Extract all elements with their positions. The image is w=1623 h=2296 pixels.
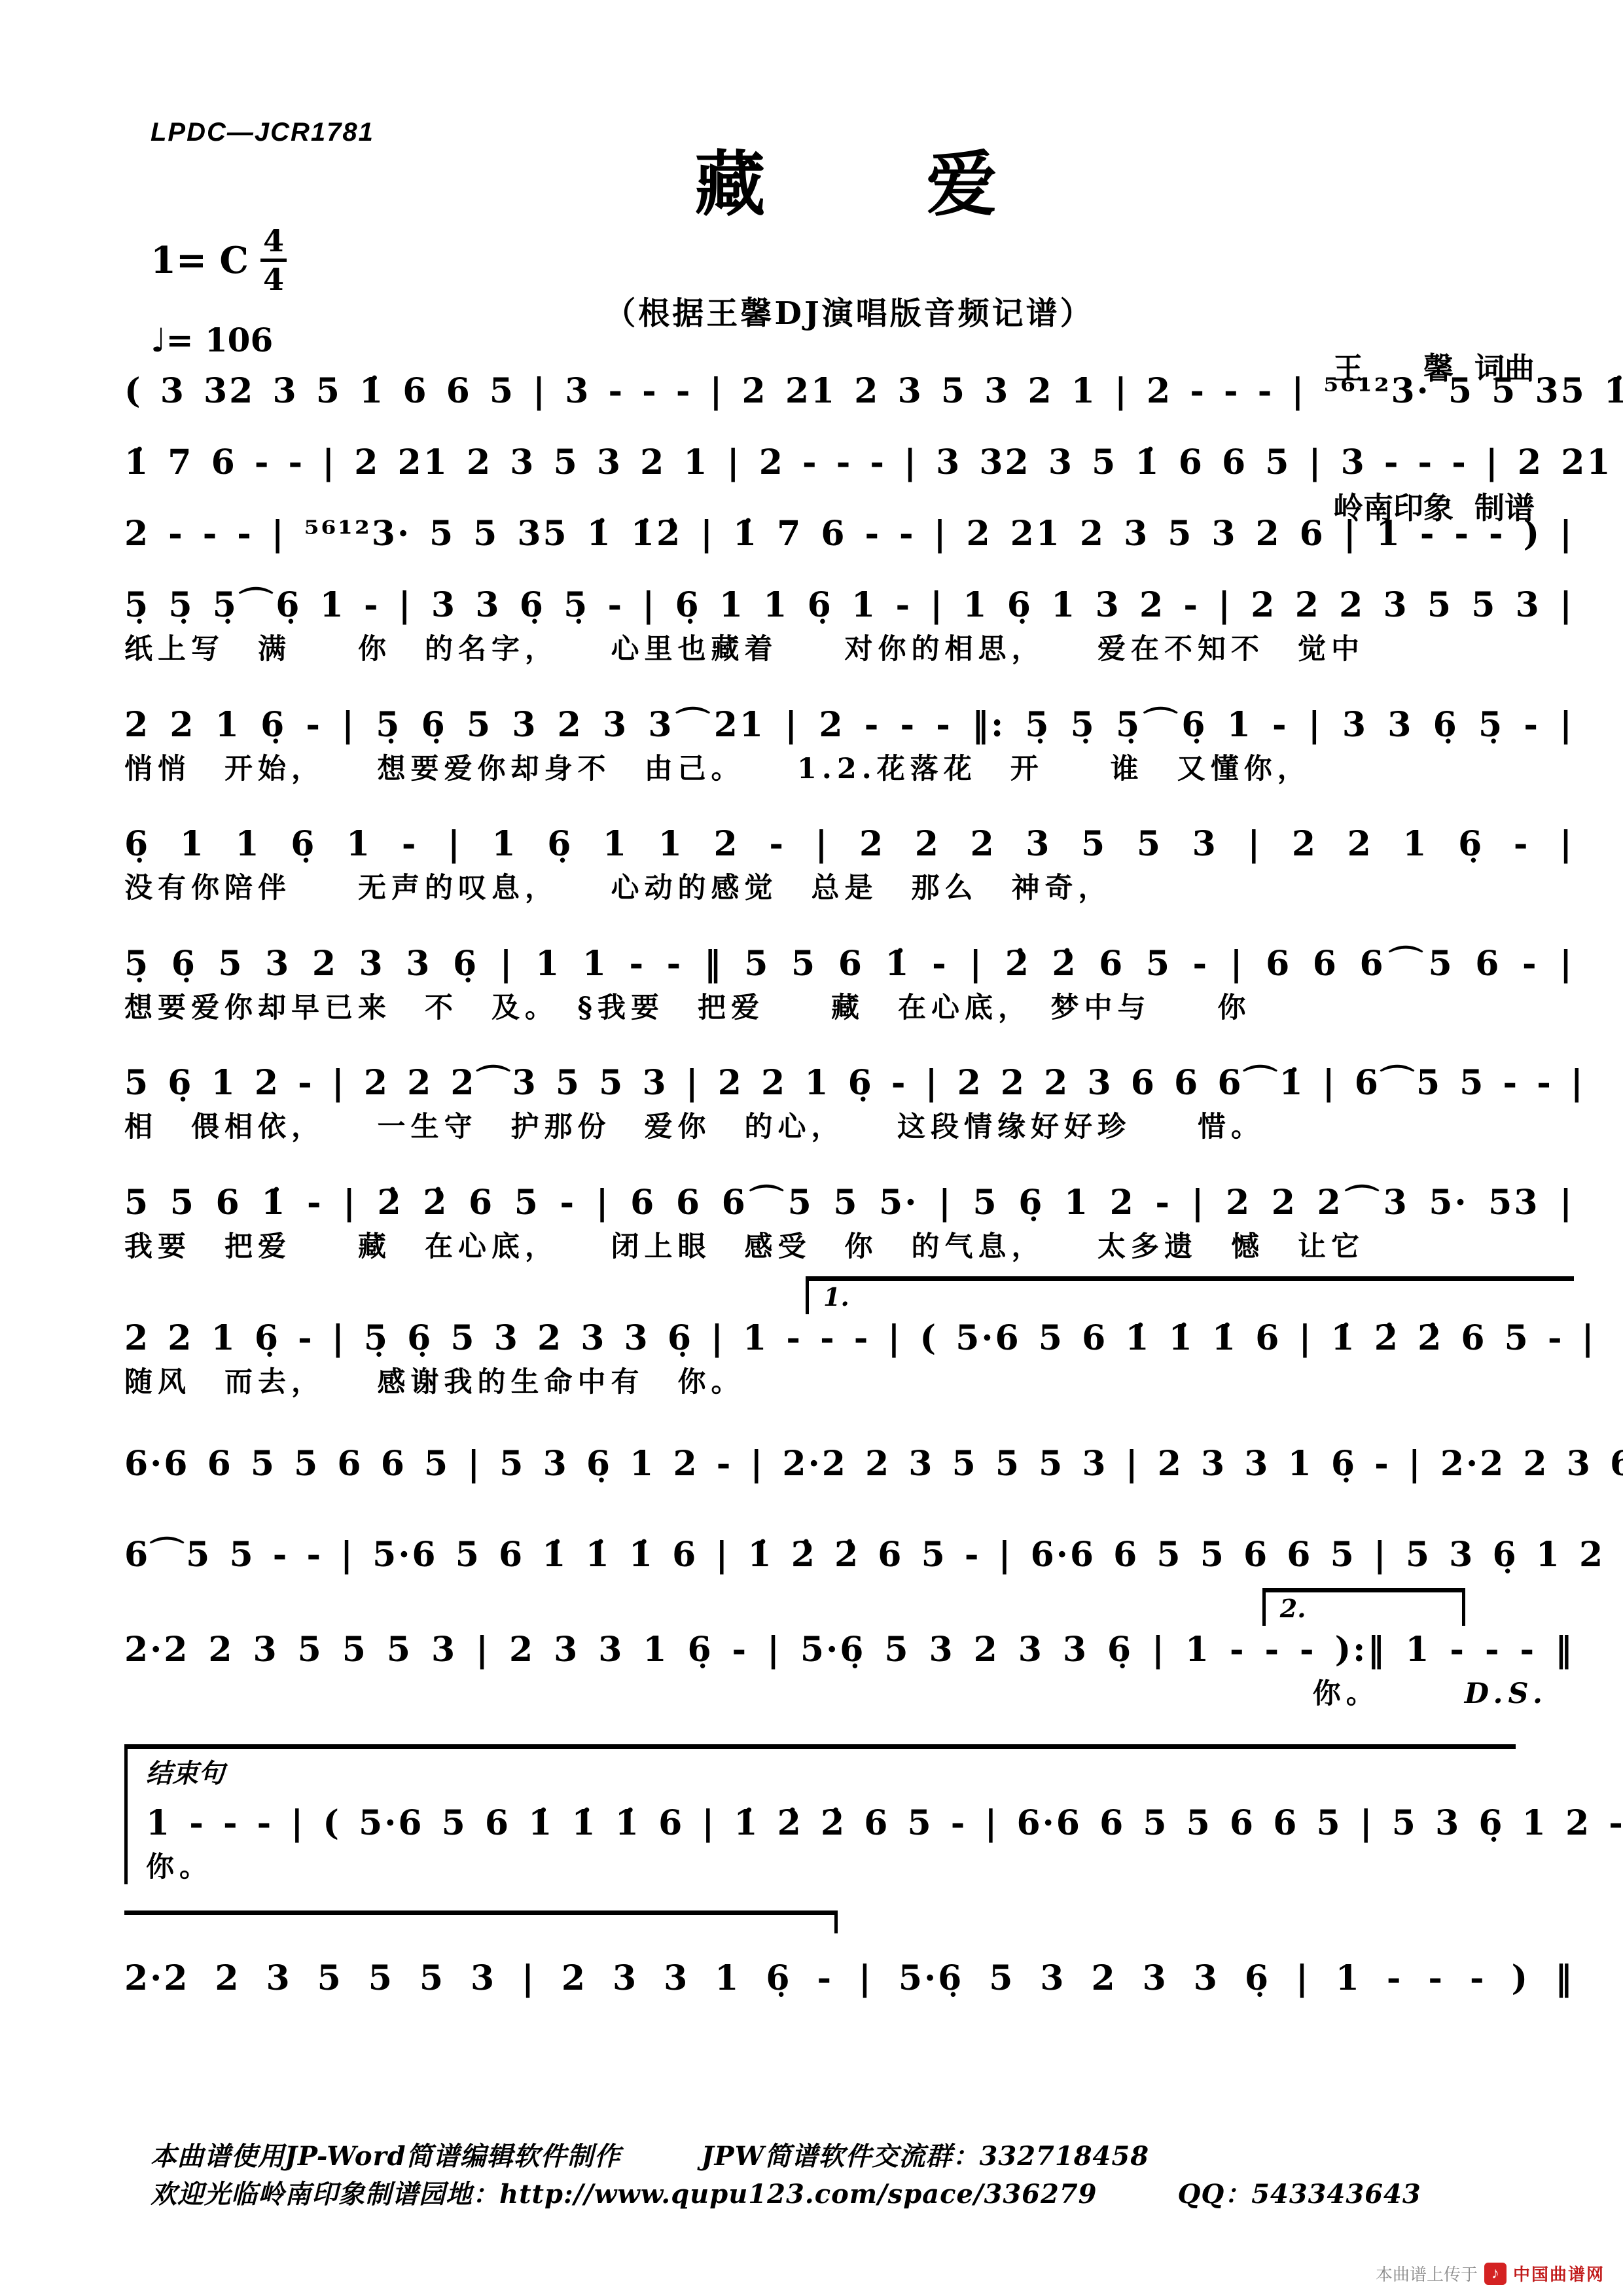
notes-row: 2·2 2 3 5 5 5 3 | 2 3 3 1 6̣ - | 5·6̣ 5 …	[124, 1957, 1574, 2000]
ending-continuation-bracket	[124, 1910, 838, 1933]
notation-line-1: ( 3 32 3 5 1̇ 6 6 5 | 3 - - - | 2 21 2 3…	[124, 370, 1574, 412]
lyric-word: 你。	[1313, 1677, 1380, 1712]
lyrics-row: 纸上写 满 你 的名字， 心里也藏着 对你的相思， 爱在不知不 觉中	[124, 633, 1574, 667]
volta-bracket-1: 1.	[806, 1276, 1574, 1314]
notation-line-12: 6⌒5 5 - - | 5·6 5 6 1̇ 1̇ 1̇ 6 | 1̇ 2̇ 2…	[124, 1534, 1574, 1576]
notes-row: 1̇ 7 6 - - | 2 21 2 3 5 3 2 1 | 2 - - - …	[124, 441, 1574, 484]
score-content: LPDC—JCR1781 藏 爱 1= C 4 4 （根据王馨DJ演唱版音频记谱…	[124, 98, 1574, 2000]
notes-row: 2 - - - | ⁵⁶¹²3· 5 5 35 1̇ 1̇2̇ | 1̇ 7 6…	[124, 512, 1574, 555]
footer-site-note: 欢迎光临岭南印象制谱园地：http://www.qupu123.com/spac…	[151, 2176, 1421, 2214]
watermark-prefix: 本曲谱上传于	[1376, 2261, 1478, 2286]
notes-row: 2 2 1 6̣ - | 5̣ 6̣ 5 3 2 3 3 6̣ | 1 - - …	[124, 1317, 1574, 1359]
notation-line-10: 1. 2 2 1 6̣ - | 5̣ 6̣ 5 3 2 3 3 6̣ | 1 -…	[124, 1317, 1574, 1400]
qupu-logo-icon: ♪	[1484, 2263, 1507, 2285]
notation-line-15: 2·2 2 3 5 5 5 3 | 2 3 3 1 6̣ - | 5·6̣ 5 …	[124, 1957, 1574, 2000]
notes-row: 5 6̣ 1 2 - | 2 2 2⌒3 5 5 3 | 2 2 1 6̣ - …	[124, 1062, 1574, 1104]
key-signature: 1= C 4 4	[151, 226, 287, 295]
notes-row: 6⌒5 5 - - | 5·6 5 6 1̇ 1̇ 1̇ 6 | 1̇ 2̇ 2…	[124, 1534, 1574, 1576]
lyrics-row: 悄悄 开始， 想要爱你却身不 由己。 1.2.花落花 开 谁 又懂你，	[124, 753, 1574, 787]
notation-line-7: 5̣ 6̣ 5 3 2 3 3 6̣ | 1 1 - - ‖ 5 5 6 1̇ …	[124, 942, 1574, 1026]
notes-row: 5̣ 6̣ 5 3 2 3 3 6̣ | 1 1 - - ‖ 5 5 6 1̇ …	[124, 942, 1574, 985]
notation-line-8: 5 6̣ 1 2 - | 2 2 2⌒3 5 5 3 | 2 2 1 6̣ - …	[124, 1062, 1574, 1145]
time-numerator: 4	[263, 226, 284, 256]
notation-line-3: 2 - - - | ⁵⁶¹²3· 5 5 35 1̇ 1̇2̇ | 1̇ 7 6…	[124, 512, 1574, 555]
watermark-site-name: 中国曲谱网	[1513, 2261, 1605, 2286]
notes-row: ( 3 32 3 5 1̇ 6 6 5 | 3 - - - | 2 21 2 3…	[124, 370, 1574, 412]
lyrics-row: 你。 D.S.	[124, 1677, 1574, 1712]
ending-section: 结束句 1 - - - | ( 5·6 5 6 1̇ 1̇ 1̇ 6 | 1̇ …	[124, 1744, 1516, 1885]
sheet-music-page: LPDC—JCR1781 藏 爱 1= C 4 4 （根据王馨DJ演唱版音频记谱…	[0, 0, 1623, 2296]
notation-line-13: 2. 2·2 2 3 5 5 5 3 | 2 3 3 1 6̣ - | 5·6̣…	[124, 1628, 1574, 1712]
lyrics-row: 相 偎相依， 一生守 护那份 爱你 的心， 这段情缘好好珍 惜。	[124, 1111, 1574, 1145]
notes-row: 6·6 6 5 5 6 6 5 | 5 3 6̣ 1 2 - | 2·2 2 3…	[124, 1443, 1574, 1485]
lyrics-row: 我要 把爱 藏 在心底， 闭上眼 感受 你 的气息， 太多遗 憾 让它	[124, 1230, 1574, 1265]
notation-line-5: 2 2 1 6̣ - | 5̣ 6̣ 5 3 2 3 3⌒21 | 2 - - …	[124, 704, 1574, 787]
notes-row: 2 2 1 6̣ - | 5̣ 6̣ 5 3 2 3 3⌒21 | 2 - - …	[124, 704, 1574, 746]
lyrics-row: 想要爱你却早已来 不 及。 §我要 把爱 藏 在心底， 梦中与 你	[124, 992, 1574, 1026]
volta-label: 2.	[1280, 1594, 1306, 1623]
ending-label: 结束句	[146, 1753, 1516, 1790]
dal-segno-mark: D.S.	[1465, 1677, 1548, 1712]
lyrics-row: 你。	[146, 1851, 1516, 1885]
notes-row: 6̣ 1 1 6̣ 1 - | 1 6̣ 1 1 2 - | 2 2 2 3 5…	[124, 823, 1574, 865]
notation-line-4: 5̣ 5̣ 5̣⌒6̣ 1 - | 3 3 6̣ 5̣ - | 6̣ 1 1 6…	[124, 584, 1574, 667]
notation-line-9: 5 5 6 1̇ - | 2̇ 2̇ 6 5 - | 6 6 6⌒5 5 5· …	[124, 1181, 1574, 1265]
score-footer: 本曲谱使用JP-Word简谱编辑软件制作 JPW简谱软件交流群：33271845…	[151, 2138, 1421, 2214]
lyrics-row: 随风 而去， 感谢我的生命中有 你。	[124, 1366, 1574, 1400]
song-title: 藏 爱	[124, 128, 1574, 229]
notation-line-11: 6·6 6 5 5 6 6 5 | 5 3 6̣ 1 2 - | 2·2 2 3…	[124, 1443, 1574, 1485]
notes-row: 5 5 6 1̇ - | 2̇ 2̇ 6 5 - | 6 6 6⌒5 5 5· …	[124, 1181, 1574, 1224]
key-label: 1= C	[151, 239, 249, 282]
notes-row: 2·2 2 3 5 5 5 3 | 2 3 3 1 6̣ - | 5·6̣ 5 …	[124, 1628, 1574, 1671]
notation-line-6: 6̣ 1 1 6̣ 1 - | 1 6̣ 1 1 2 - | 2 2 2 3 5…	[124, 823, 1574, 906]
volta-label: 1.	[823, 1282, 849, 1312]
time-signature: 4 4	[260, 226, 287, 295]
footer-software-note: 本曲谱使用JP-Word简谱编辑软件制作 JPW简谱软件交流群：33271845…	[151, 2138, 1421, 2176]
site-watermark: 本曲谱上传于 ♪ 中国曲谱网	[1376, 2261, 1605, 2286]
score-header: LPDC—JCR1781 藏 爱 1= C 4 4 （根据王馨DJ演唱版音频记谱…	[124, 98, 1574, 370]
volta-bracket-2: 2.	[1262, 1588, 1465, 1626]
credits: 王 馨 词曲 岭南印象 制谱	[1333, 252, 1535, 625]
notation-line-2: 1̇ 7 6 - - | 2 21 2 3 5 3 2 1 | 2 - - - …	[124, 441, 1574, 484]
notes-row: 1 - - - | ( 5·6 5 6 1̇ 1̇ 1̇ 6 | 1̇ 2̇ 2…	[146, 1802, 1516, 1844]
notation-line-14: 1 - - - | ( 5·6 5 6 1̇ 1̇ 1̇ 6 | 1̇ 2̇ 2…	[146, 1802, 1516, 1885]
tempo-marking: ♩= 106	[151, 321, 273, 359]
lyrics-row: 没有你陪伴 无声的叹息， 心动的感觉 总是 那么 神奇，	[124, 872, 1574, 906]
notes-row: 5̣ 5̣ 5̣⌒6̣ 1 - | 3 3 6̣ 5̣ - | 6̣ 1 1 6…	[124, 584, 1574, 626]
